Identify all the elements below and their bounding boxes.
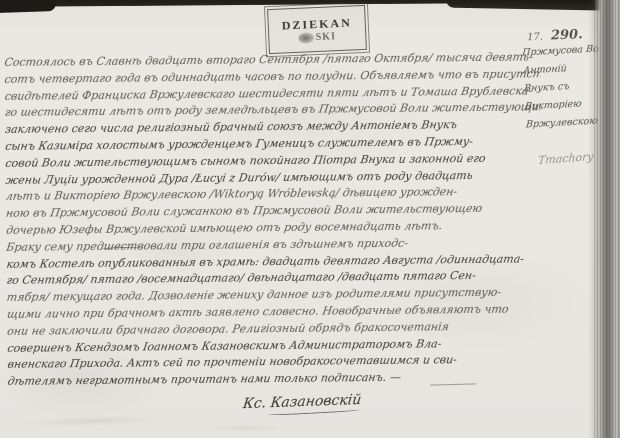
closing-dash <box>430 383 476 387</box>
binding-edge <box>594 0 620 438</box>
priest-signature: Кс. Казановскій <box>242 392 362 412</box>
ink-smear <box>18 413 168 428</box>
stamp-text-line1: DZIEKAN <box>281 15 352 33</box>
handwriting-body: Состоялось въ Славнѣ двадцать втораго Се… <box>4 49 543 391</box>
ink-smear <box>200 424 290 432</box>
pencil-note: Tmachory <box>537 150 594 167</box>
dziekan-stamp: DZIEKAN SKI <box>267 5 367 54</box>
scan-edge-top-left <box>0 0 56 13</box>
scanned-register-page: DZIEKAN SKI 17.290. Пржмусова Воля Антон… <box>0 0 620 438</box>
record-number-small: 17. <box>527 32 543 44</box>
stamp-text-line2: SKI <box>298 31 336 44</box>
ink-smudge <box>298 32 314 44</box>
stamp-text-line2-fragment: SKI <box>315 31 336 43</box>
